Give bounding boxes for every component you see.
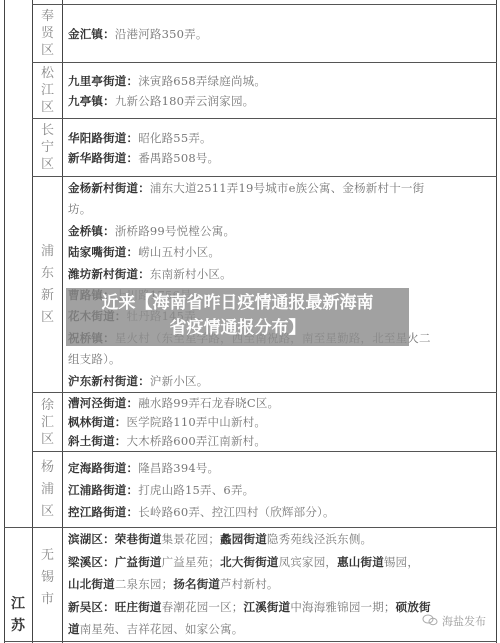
district-cell-pudong: 浦 东 新 区: [33, 177, 62, 392]
district-char: 东: [41, 263, 54, 285]
address: 二泉东园；: [115, 577, 174, 591]
district-cell-yangpu: 杨 浦 区: [33, 452, 62, 527]
list-item: 陆家嘴街道：崂山五村小区。: [68, 242, 490, 263]
district-char: 区: [41, 431, 54, 448]
street-name: 沪东新村街道：: [68, 374, 150, 388]
district-cell-changning: 长 宁 区: [33, 119, 62, 176]
address: 锡园，: [384, 555, 419, 569]
district-char: 区: [41, 307, 54, 329]
province-char: 江: [11, 593, 25, 615]
street-name: 九亭镇：: [68, 94, 115, 108]
address: 昭化路55弄。: [138, 131, 212, 145]
address: 东南新村小区。: [150, 267, 232, 281]
content-cell-yangpu: 定海路街道：隆昌路394号。 江浦路街道：打虎山路15弄、6弄。 控江路街道：长…: [68, 452, 490, 527]
address: 番禺路508号。: [138, 151, 219, 165]
district-char: 区: [41, 501, 54, 523]
district-char: 区: [41, 99, 54, 116]
district-char: 锡: [41, 567, 54, 589]
list-item: 组支路）。: [68, 349, 490, 370]
district-char: 市: [41, 589, 54, 611]
list-item: 漕河泾街道：融水路99弄石龙春晓C区。: [68, 394, 490, 413]
district-cell-xuhui: 徐 汇 区: [33, 393, 62, 451]
street-name: 九里亭街道：: [68, 74, 138, 88]
content-cell-songjiang: 九里亭街道：涞寅路658弄绿庭尚城。 九亭镇：九新公路180弄云润家园。: [68, 63, 490, 118]
row-divider: [4, 641, 497, 642]
overlay-title-line-1: 近来【海南省昨日疫情通报最新海南: [66, 291, 409, 316]
street-name: 枫林街道：: [68, 415, 127, 429]
list-item: 斜土街道：大木桥路600弄江南新村。: [68, 432, 490, 451]
content-cell-pudong: 金杨新村街道：浦东大道2511弄19号城市e族公寓、金杨新村十一街 坊。 金桥镇…: [68, 178, 490, 392]
street-name: 斜土街道：: [68, 434, 127, 448]
street-name: 江溪街道: [244, 600, 291, 614]
street-name: 江浦路街道：: [68, 483, 138, 497]
row-divider: [32, 176, 497, 177]
street-name: 陆家嘴街道：: [68, 245, 138, 259]
address: 崂山五村小区。: [138, 245, 220, 259]
address: 沪新小区。: [150, 374, 209, 388]
list-item: 山北街道二泉东园；扬名街道芦村新村。: [68, 573, 490, 596]
list-item: 九里亭街道：涞寅路658弄绿庭尚城。: [68, 71, 490, 91]
content-cell-fengxian: 金汇镇：沿港河路350弄。: [68, 5, 490, 62]
street-name: 华阳路街道：: [68, 131, 138, 145]
table-border-left: [4, 0, 5, 643]
province-cell-jiangsu: 江 苏: [4, 593, 32, 637]
table-border-right: [496, 0, 497, 643]
address: 集景花园；: [162, 532, 221, 546]
district-char: 浦: [41, 479, 54, 501]
overlay-title-line-2: 省疫情通报分布】: [66, 316, 409, 341]
street-name: 山北街道: [68, 577, 115, 591]
street-name: 蠡园街道: [220, 532, 267, 546]
street-name: 潍坊新村街道：: [68, 267, 150, 281]
address: 隆昌路394号。: [138, 461, 219, 475]
district-cell-songjiang: 松 江 区: [33, 63, 62, 118]
address: 涞寅路658弄绿庭尚城。: [138, 74, 266, 88]
list-item: 金桥镇：浙桥路99号悦樘公寓。: [68, 221, 490, 242]
street-name: 道: [68, 622, 80, 636]
district-char: 宁: [41, 139, 54, 156]
address: 广益星苑；: [162, 555, 221, 569]
street-name: 金桥镇：: [68, 224, 115, 238]
address: 凤宾家园，: [279, 555, 338, 569]
address: 中海海雅锦园一期；: [290, 600, 395, 614]
address: 沿港河路350弄。: [115, 27, 208, 41]
district-char: 无: [41, 545, 54, 567]
district-char: 奉: [41, 8, 54, 25]
street-name: 控江路街道：: [68, 505, 138, 519]
street-name: 新吴区：旺庄街道: [68, 600, 162, 614]
list-item: 华阳路街道：昭化路55弄。: [68, 128, 490, 148]
list-item: 九亭镇：九新公路180弄云润家园。: [68, 91, 490, 111]
address: 浙桥路99号悦樘公寓。: [115, 224, 235, 238]
district-char: 新: [41, 285, 54, 307]
list-item: 江浦路街道：打虎山路15弄、6弄。: [68, 479, 490, 501]
district-char: 松: [41, 65, 54, 82]
watermark-label: 海盐发布: [442, 613, 486, 629]
street-name: 定海路街道：: [68, 461, 138, 475]
street-name: 漕河泾街道：: [68, 396, 138, 410]
district-cell-wuxi: 无 锡 市: [33, 528, 62, 628]
content-cell-xuhui: 漕河泾街道：融水路99弄石龙春晓C区。 枫林街道：医学院路110弄中山新村。 斜…: [68, 393, 490, 451]
list-item: 沪东新村街道：沪新小区。: [68, 371, 490, 392]
district-char: 江: [41, 82, 54, 99]
list-item: 新华路街道：番禺路508号。: [68, 148, 490, 168]
address: 隐秀苑线泾浜东侧。: [267, 532, 372, 546]
list-item: 梁溪区：广益街道广益星苑；北大街街道凤宾家园，惠山街道锡园，: [68, 551, 490, 574]
district-char: 长: [41, 122, 54, 139]
list-item: 金杨新村街道：浦东大道2511弄19号城市e族公寓、金杨新村十一街: [68, 178, 490, 199]
address: 浦东大道2511弄19号城市e族公寓、金杨新村十一街: [150, 181, 424, 195]
street-name: 北大街街道: [220, 555, 279, 569]
column-divider-district: [62, 0, 63, 643]
street-name: 硕放街: [396, 600, 431, 614]
street-name: 金汇镇：: [68, 27, 115, 41]
list-item: 枫林街道：医学院路110弄中山新村。: [68, 413, 490, 432]
list-item: 金汇镇：沿港河路350弄。: [68, 24, 490, 44]
list-item: 潍坊新村街道：东南新村小区。: [68, 264, 490, 285]
district-cell-fengxian: 奉 贤 区: [33, 5, 62, 62]
address: 医学院路110弄中山新村。: [127, 415, 267, 429]
district-char: 区: [41, 42, 54, 59]
address: 坊。: [68, 202, 91, 216]
address: 芦村新村。: [220, 577, 279, 591]
list-item: 坊。: [68, 199, 490, 220]
district-char: 杨: [41, 457, 54, 479]
address: 组支路）。: [68, 352, 121, 366]
district-char: 区: [41, 156, 54, 173]
district-char: 汇: [41, 414, 54, 431]
street-name: 金杨新村街道：: [68, 181, 150, 195]
list-item: 定海路街道：隆昌路394号。: [68, 457, 490, 479]
content-cell-changning: 华阳路街道：昭化路55弄。 新华路街道：番禺路508号。: [68, 119, 490, 176]
district-char: 贤: [41, 25, 54, 42]
street-name: 扬名街道: [173, 577, 220, 591]
document-page: 奉 贤 区 金汇镇：沿港河路350弄。 松 江 区 九里亭街道：涞寅路658弄绿…: [0, 0, 500, 643]
list-item: 滨湖区：荣巷街道集景花园；蠡园街道隐秀苑线泾浜东侧。: [68, 528, 490, 551]
address: 春潮花园一区；: [162, 600, 244, 614]
address: 融水路99弄石龙春晓C区。: [138, 396, 279, 410]
address: 九新公路180弄云润家园。: [115, 94, 255, 108]
street-name: 梁溪区：广益街道: [68, 555, 162, 569]
province-char: 苏: [11, 615, 25, 637]
district-char: 浦: [41, 241, 54, 263]
title-overlay: 近来【海南省昨日疫情通报最新海南 省疫情通报分布】: [66, 288, 409, 346]
address: 打虎山路15弄、6弄。: [138, 483, 254, 497]
address: 大木桥路600弄江南新村。: [127, 434, 267, 448]
wechat-icon: [422, 614, 438, 629]
district-char: 徐: [41, 397, 54, 414]
address: 长岭路60弄、控江四村（欣辉部分）。: [138, 505, 334, 519]
list-item: 控江路街道：长岭路60弄、控江四村（欣辉部分）。: [68, 501, 490, 523]
street-name: 滨湖区：荣巷街道: [68, 532, 162, 546]
street-name: 新华路街道：: [68, 151, 138, 165]
address: 南星苑、吉祥花园、如家公寓。: [80, 622, 244, 636]
watermark: 海盐发布: [422, 613, 486, 629]
street-name: 惠山街道: [337, 555, 384, 569]
